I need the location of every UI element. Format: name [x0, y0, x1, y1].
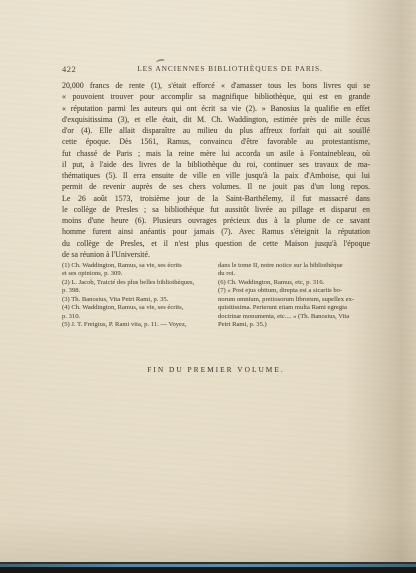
text-line: 20,000 francs de rente (1), s'était effo…	[62, 80, 370, 91]
running-title: LES ANCIENNES BIBLIOTHÈQUES DE PARIS.	[118, 64, 342, 73]
text-line: doctrinæ monumenta, etc.... » (Th. Banos…	[218, 313, 370, 321]
text-line: le collège de Presles ; sa bibliothèque …	[62, 204, 370, 215]
text-line: et ses opinions, p. 309.	[62, 270, 212, 278]
text-line: (4) Ch. Waddington, Ramus, sa vie, ses é…	[62, 304, 212, 312]
page-number: 422	[62, 64, 76, 74]
end-of-volume-mark: FIN DU PREMIER VOLUME.	[62, 365, 370, 374]
text-line: du collège de Presles, et il n'est plus …	[62, 238, 370, 249]
text-line: moins d'une heure (6). Plusieurs ouvrage…	[62, 215, 370, 226]
text-line: norum omnium, pretiosorum librorum, supe…	[218, 296, 370, 304]
page-bottom-shadow	[0, 517, 416, 563]
body-text: 20,000 francs de rente (1), s'était effo…	[62, 80, 370, 260]
text-line: du roi.	[218, 270, 370, 278]
text-line: dans le tome II, notre notice sur la bib…	[218, 262, 370, 270]
text-line: fut chassé de Paris ; mais la reine mère…	[62, 148, 370, 159]
text-line: quisitissima. Perierunt etiam multa Rami…	[218, 304, 370, 312]
text-line: (3) Th. Banosius, Vita Petri Rami, p. 35…	[62, 296, 212, 304]
text-line: cette époque. Dès 1561, Ramus, convaincu…	[62, 136, 370, 147]
text-line: thématiques (5). Il erra ensuite de vill…	[62, 170, 370, 181]
page-edge-black-band	[0, 567, 416, 573]
text-line: d'or (4). Elle allait disparaître au mil…	[62, 125, 370, 136]
text-line: Petri Rami, p. 35.)	[218, 321, 370, 329]
text-line: (5) J. T. Freigius, P. Rami vita, p. 11.…	[62, 321, 212, 329]
footnote-column-left: (1) Ch. Waddington, Ramus, sa vie, ses é…	[62, 262, 212, 330]
text-line: « réputation parmi les auteurs qui ont é…	[62, 103, 370, 114]
text-line: « pouvoient trouver pour accomplir sa ma…	[62, 91, 370, 102]
text-line: d'exquisitissima (3), et elle était, dit…	[62, 114, 370, 125]
text-line: p. 398.	[62, 287, 212, 295]
text-line: il put, à l'aide des livres de la biblio…	[62, 159, 370, 170]
footnote-column-right: dans le tome II, notre notice sur la bib…	[218, 262, 370, 330]
text-line: (1) Ch. Waddington, Ramus, sa vie, ses é…	[62, 262, 212, 270]
text-line: homme furent ainsi anéantis pour jamais …	[62, 226, 370, 237]
text-line: (2) L. Jacob, Traicté des plus belles bi…	[62, 279, 212, 287]
text-line: de sa réunion à l'Université.	[62, 249, 370, 260]
text-line: permit de revenir auprès de ses chers vo…	[62, 181, 370, 192]
text-line: (7) « Post ejus obitum, direpta est a si…	[218, 287, 370, 295]
text-line: Le 26 août 1573, troisième jour de la Sa…	[62, 193, 370, 204]
text-line: p. 310.	[62, 313, 212, 321]
scanned-book-page: 422 LES ANCIENNES BIBLIOTHÈQUES DE PARIS…	[0, 0, 416, 573]
